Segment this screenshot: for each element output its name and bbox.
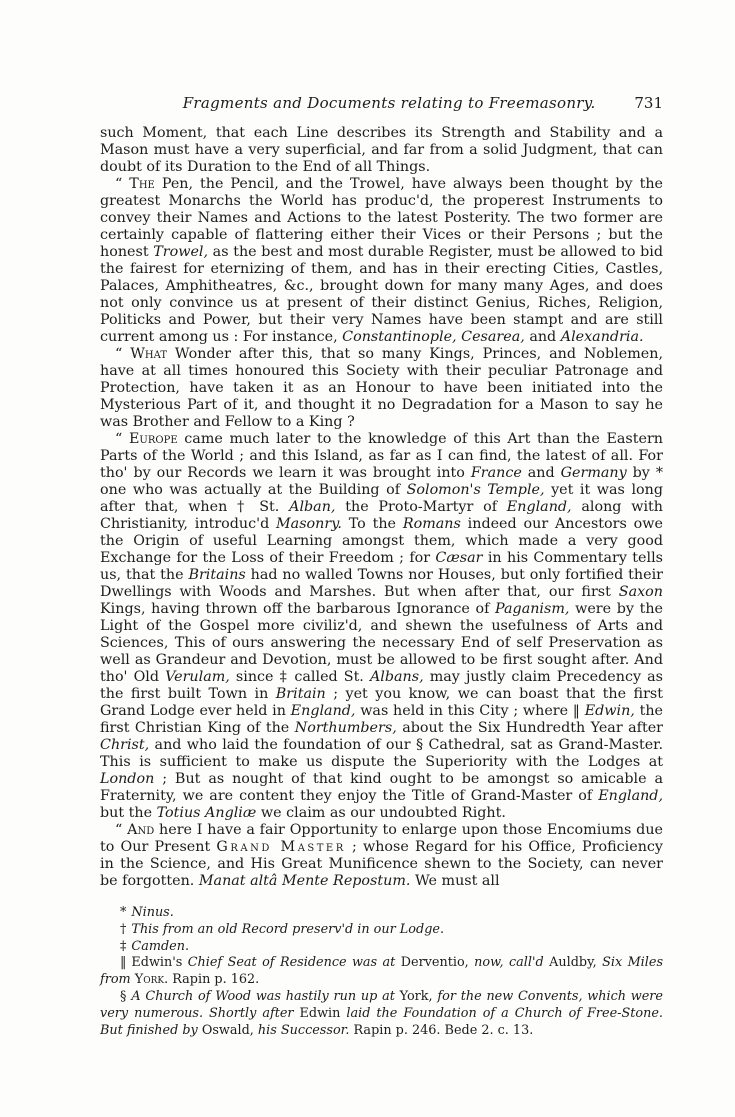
paragraph: “ And here I have a fair Opportunity to … bbox=[100, 822, 663, 890]
text-run: England, bbox=[507, 499, 572, 515]
text-run: his Successor. bbox=[258, 1023, 350, 1038]
text-run: about the Six Hundredth Year after bbox=[397, 720, 663, 736]
text-run: Rapin p. 246. Bede 2. c. 13. bbox=[349, 1023, 533, 1038]
running-title: Fragments and Documents relating to Free… bbox=[100, 94, 634, 112]
footnote-marker: ‖ bbox=[120, 955, 131, 970]
text-run: London bbox=[100, 771, 154, 787]
text-run: and who laid the foundation of our § Cat… bbox=[100, 737, 663, 770]
footnote: †This from an old Record preserv'd in ou… bbox=[100, 922, 663, 939]
text-run: Paganism, bbox=[495, 601, 569, 617]
text-run: Christ, bbox=[100, 737, 149, 753]
footnote-marker: * bbox=[120, 905, 131, 920]
text-run: Germany bbox=[561, 465, 627, 481]
text-run: Romans bbox=[403, 516, 461, 532]
paragraph: “ Europe came much later to the knowledg… bbox=[100, 431, 663, 822]
text-run: Grand Master bbox=[216, 839, 345, 855]
text-run: The bbox=[129, 176, 155, 192]
text-run: “ bbox=[115, 346, 130, 362]
text-run: and bbox=[522, 465, 561, 481]
text-run: Auldby, bbox=[549, 955, 602, 970]
scanned-book-page: Fragments and Documents relating to Free… bbox=[0, 0, 735, 1117]
text-run: ; But as nought of that kind ought to be… bbox=[100, 771, 663, 804]
footnote: §A Church of Wood was hastily run up at … bbox=[100, 989, 663, 1039]
paragraph: such Moment, that each Line describes it… bbox=[100, 125, 663, 176]
text-run: Ninus. bbox=[131, 905, 173, 920]
text-run: This from an old Record preserv'd in our… bbox=[131, 922, 444, 937]
text-run: What bbox=[130, 346, 167, 362]
text-run: was held in this City ; where ‖ bbox=[355, 703, 584, 719]
paragraph: “ What Wonder after this, that so many K… bbox=[100, 346, 663, 431]
text-column: Fragments and Documents relating to Free… bbox=[100, 94, 663, 1039]
text-run: “ bbox=[115, 822, 127, 838]
footnote-marker: § bbox=[120, 989, 131, 1004]
text-run: A Church of Wood was hastily run up at bbox=[131, 989, 399, 1004]
text-run: Saxon bbox=[619, 584, 663, 600]
text-run: Totius Angliæ bbox=[157, 805, 257, 821]
footnote: ‖Edwin's Chief Seat of Residence was at … bbox=[100, 955, 663, 989]
text-run: Northumbers, bbox=[295, 720, 397, 736]
text-run: Edwin's bbox=[131, 955, 187, 970]
text-run: Chief Seat of Residence was at bbox=[188, 955, 401, 970]
text-run: and bbox=[525, 329, 561, 345]
text-run: we claim as our undoubted Right. bbox=[256, 805, 506, 821]
text-run: Europe bbox=[129, 431, 178, 447]
text-run: now, call'd bbox=[474, 955, 549, 970]
text-run: Verulam, bbox=[165, 669, 230, 685]
text-run: Alexandria. bbox=[561, 329, 644, 345]
text-run: “ bbox=[115, 176, 129, 192]
page-header: Fragments and Documents relating to Free… bbox=[100, 94, 663, 112]
text-run: . Rapin p. 162. bbox=[164, 972, 259, 987]
text-run: Albans, bbox=[370, 669, 424, 685]
text-run: Trowel, bbox=[153, 244, 208, 260]
text-run: England, bbox=[291, 703, 356, 719]
text-run: Manat altâ Mente Repostum. bbox=[199, 873, 411, 889]
text-run: since ‡ called St. bbox=[230, 669, 370, 685]
text-run: To the bbox=[342, 516, 403, 532]
text-run: Cæsar bbox=[435, 550, 482, 566]
footnote-marker: † bbox=[120, 922, 131, 937]
footnote: *Ninus. bbox=[100, 905, 663, 922]
text-run: And bbox=[127, 822, 154, 838]
text-run: but the bbox=[100, 805, 157, 821]
text-run: Britain bbox=[276, 686, 326, 702]
text-run: “ bbox=[115, 431, 129, 447]
text-run: Constantinople, Cesarea, bbox=[342, 329, 525, 345]
text-run: Edwin bbox=[300, 1006, 347, 1021]
text-run: such Moment, that each Line describes it… bbox=[100, 125, 663, 175]
text-run: We must all bbox=[410, 873, 499, 889]
body-text: such Moment, that each Line describes it… bbox=[100, 125, 663, 890]
text-run: Britains bbox=[188, 567, 245, 583]
text-run: York, bbox=[400, 989, 438, 1004]
text-run: France bbox=[471, 465, 522, 481]
page-number: 731 bbox=[634, 94, 663, 112]
text-run: Alban, bbox=[289, 499, 335, 515]
text-run: Wonder after this, that so many Kings, P… bbox=[100, 346, 663, 430]
text-run: the Proto-Martyr of bbox=[335, 499, 506, 515]
text-run: Oswald, bbox=[202, 1023, 258, 1038]
text-run: Masonry. bbox=[276, 516, 342, 532]
footnotes: *Ninus.†This from an old Record preserv'… bbox=[100, 905, 663, 1039]
text-run: Camden. bbox=[131, 939, 189, 954]
text-run: Edwin, bbox=[585, 703, 635, 719]
text-run: England, bbox=[598, 788, 663, 804]
text-run: Solomon's Temple, bbox=[407, 482, 545, 498]
paragraph: “ The Pen, the Pencil, and the Trowel, h… bbox=[100, 176, 663, 346]
text-run: York bbox=[135, 972, 164, 987]
text-run: Kings, having thrown off the barbarous I… bbox=[100, 601, 495, 617]
footnote-marker: ‡ bbox=[120, 939, 131, 954]
text-run: Derventio, bbox=[401, 955, 474, 970]
footnote: ‡Camden. bbox=[100, 939, 663, 956]
